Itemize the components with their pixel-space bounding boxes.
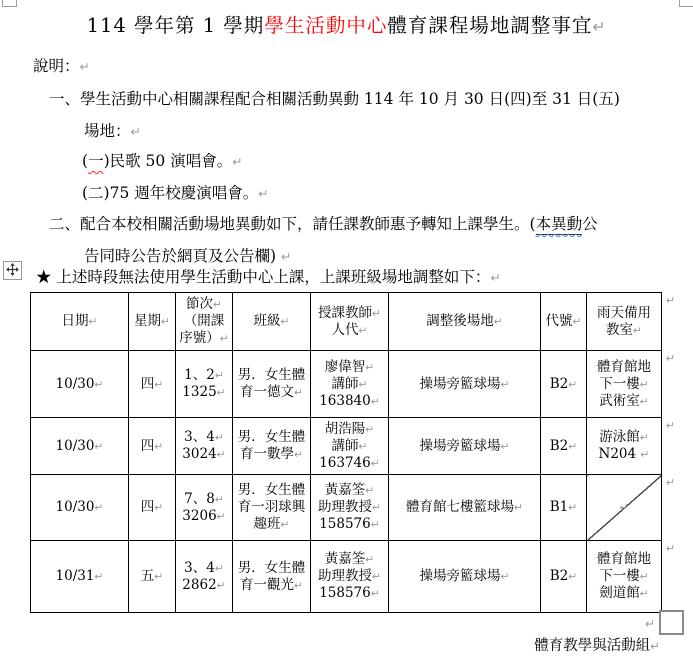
- table-cell: B2↵: [541, 351, 587, 418]
- paragraph-mark: ↵: [568, 378, 577, 391]
- paragraph-mark: ↵: [640, 395, 649, 408]
- paragraph-mark: ↵: [154, 378, 163, 391]
- cell-line: 教室↵: [589, 322, 659, 339]
- item2-line1: 二、配合本校相關活動場地異動如下，請任課教師惠予轉知上課學生。(本異動公: [49, 214, 598, 234]
- cell-line: 趣班↵: [235, 516, 308, 533]
- table-cell: 游泳館↵N204 ↵↵: [587, 418, 662, 475]
- paragraph-mark: ↵: [94, 570, 103, 583]
- cell-line: 代號↵: [543, 313, 584, 330]
- table-cell: 五↵: [129, 541, 176, 613]
- signature-unit: 體育教學與活動組↵: [0, 636, 660, 656]
- row-end-mark: ↵: [666, 419, 675, 432]
- cell-line: 班級↵: [235, 313, 308, 330]
- cell-line: 操場旁籃球場↵: [391, 376, 538, 393]
- row-end-mark: ↵: [666, 476, 675, 489]
- cell-line: 10/30↵: [33, 376, 126, 393]
- page-corner-fragment-right: [679, 0, 693, 7]
- table-cell: 體育館地下一樓↵武術室↵↵: [587, 351, 662, 418]
- paragraph-mark: ↵: [215, 493, 224, 506]
- table-body: 10/30↵四↵1、2↵1325↵男．女生體育一德文↵廖偉智↵講師↵163840…: [31, 351, 662, 613]
- table-cell: 胡浩陽↵講師↵163746↵: [311, 418, 389, 475]
- text-segment: 公: [582, 215, 598, 233]
- cell-line: 3024↵: [178, 446, 230, 463]
- text-segment: 一: [88, 152, 104, 170]
- text-segment: 體育課程場地調整事宜: [387, 14, 592, 37]
- cell-line: 育一德文↵: [235, 384, 308, 401]
- table-cell: 四↵: [129, 418, 176, 475]
- cell-line: N204 ↵: [589, 446, 659, 463]
- paragraph-mark: ↵: [365, 423, 374, 436]
- paragraph-mark: ↵: [154, 570, 163, 583]
- table-cell: 操場旁籃球場↵: [389, 418, 541, 475]
- paragraph-mark: ↵: [215, 431, 224, 444]
- table-row: 10/30↵四↵3、4↵3024↵男．女生體育一數學↵胡浩陽↵講師↵163746…: [31, 418, 662, 475]
- cell-line: 下一樓↵: [589, 568, 659, 585]
- paragraph-mark: ↵: [371, 518, 380, 531]
- cell-line: 星期↵: [131, 313, 173, 330]
- item1-sub2-anniversary-concert: (二)75 週年校慶演唱會。↵: [82, 183, 269, 204]
- paragraph-mark: ↵: [154, 501, 163, 514]
- paragraph-mark: ↵: [633, 324, 642, 337]
- paragraph-mark: ↵: [500, 440, 509, 453]
- cell-line: 育一觀光↵: [235, 577, 308, 594]
- paragraph-mark: ↵: [640, 587, 649, 600]
- cell-line: B2↵: [543, 568, 584, 585]
- text-segment: 本異動: [536, 215, 583, 235]
- table-cell: 男．女生體育一德文↵: [233, 351, 311, 418]
- text-segment: ↵: [592, 18, 606, 36]
- cell-line: 體育館地: [589, 551, 659, 568]
- paragraph-mark: ↵: [365, 361, 374, 374]
- text-segment: ↵: [258, 186, 268, 201]
- cell-line: 男．女生體: [235, 482, 308, 499]
- paragraph-mark: ↵: [500, 378, 509, 391]
- text-segment: )民歌 50 演唱會。: [104, 152, 233, 170]
- cell-line: B2↵: [543, 376, 584, 393]
- table-cell: 7、8↵3206↵: [176, 475, 233, 541]
- row-end-mark: ↵: [666, 294, 675, 307]
- row-end-mark: ↵: [666, 542, 675, 555]
- table-cell: 四↵: [129, 475, 176, 541]
- header-row: 日期↵星期↵節次↵（開課序號）↵班級↵授課教師↵人代↵調整後場地↵代號↵雨天備用…: [31, 293, 662, 351]
- cell-line: 四↵: [131, 499, 173, 516]
- move-arrows-icon: [6, 261, 19, 280]
- table-cell: 3、4↵2862↵: [176, 541, 233, 613]
- paragraph-mark: ↵: [514, 501, 523, 514]
- paragraph-mark: ↵: [568, 570, 577, 583]
- cell-line: 講師↵: [313, 438, 386, 455]
- text-segment: 二、配合本校相關活動場地異動如下，請任課教師惠予轉知上課學生。(: [49, 215, 536, 233]
- row-end-mark: ↵: [666, 352, 675, 365]
- paragraph-mark: ↵: [640, 431, 649, 444]
- table-cell: 操場旁籃球場↵: [389, 351, 541, 418]
- table-cell: 10/30↵: [31, 475, 129, 541]
- table-cell: 男．女生體育一觀光↵: [233, 541, 311, 613]
- text-segment: 說明：: [33, 57, 80, 75]
- item1-line1: 一、學生活動中心相關課程配合相關活動異動 114 年 10 月 30 日(四)至…: [49, 89, 620, 109]
- table-cell: 10/30↵: [31, 351, 129, 418]
- cell-line: 調整後場地↵: [391, 313, 538, 330]
- table-cell: 10/30↵: [31, 418, 129, 475]
- cell-line: 163746↵: [313, 455, 386, 472]
- table-cell: 男．女生體育一數學↵: [233, 418, 311, 475]
- cell-line: 黃嘉筌↵: [313, 551, 386, 568]
- item1-sub1-folk-concert: (一)民歌 50 演唱會。↵: [82, 151, 243, 172]
- cell-line: 劍道館↵: [589, 585, 659, 602]
- cell-line: 授課教師↵: [313, 305, 386, 322]
- header-cell: 雨天備用教室↵↵: [587, 293, 662, 351]
- table-cell: 黃嘉筌↵助理教授↵158576↵: [311, 475, 389, 541]
- table-cell: B1↵: [541, 475, 587, 541]
- table-header: 日期↵星期↵節次↵（開課序號）↵班級↵授課教師↵人代↵調整後場地↵代號↵雨天備用…: [31, 293, 662, 351]
- cell-line: 7、8↵: [178, 491, 230, 508]
- text-segment: 學生活動中心: [264, 14, 387, 37]
- cell-line: 體育館七樓籃球場↵: [391, 499, 538, 516]
- paragraph-mark: ↵: [371, 395, 380, 408]
- table-cell: 操場旁籃球場↵: [389, 541, 541, 613]
- table-cell: 四↵: [129, 351, 176, 418]
- paragraph-mark: ↵: [568, 440, 577, 453]
- cell-line: 10/31↵: [33, 568, 126, 585]
- cell-line: 五↵: [131, 568, 173, 585]
- header-cell: 節次↵（開課序號）↵: [176, 293, 233, 351]
- table-cell: ↵↵: [587, 475, 662, 541]
- cell-line: 武術室↵: [589, 393, 659, 410]
- header-cell: 調整後場地↵: [389, 293, 541, 351]
- cell-line: B2↵: [543, 438, 584, 455]
- paragraph-mark: ↵: [358, 324, 367, 337]
- table-cell: 廖偉智↵講師↵163840↵: [311, 351, 389, 418]
- cell-line: 3、4↵: [178, 560, 230, 577]
- cell-line: 節次↵: [178, 296, 230, 313]
- paragraph-mark: ↵: [371, 587, 380, 600]
- paragraph-mark: ↵: [213, 298, 222, 311]
- paragraph-mark: ↵: [365, 484, 374, 497]
- paragraph-mark-after-table: ↵: [645, 613, 655, 634]
- paragraph-mark: ↵: [294, 386, 303, 399]
- table-row: 10/31↵五↵3、4↵2862↵男．女生體育一觀光↵黃嘉筌↵助理教授↵1585…: [31, 541, 662, 613]
- table-cell: 男．女生體育一羽球興趣班↵: [233, 475, 311, 541]
- paragraph-mark: ↵: [280, 315, 289, 328]
- cell-line: 2862↵: [178, 577, 230, 594]
- text-segment: 114 學年第 1 學期: [87, 14, 265, 37]
- cell-line: 助理教授↵: [313, 568, 386, 585]
- table-cell: 體育館七樓籃球場↵: [389, 475, 541, 541]
- table-move-handle[interactable]: [3, 261, 22, 280]
- venue-adjustment-table: 日期↵星期↵節次↵（開課序號）↵班級↵授課教師↵人代↵調整後場地↵代號↵雨天備用…: [30, 292, 662, 613]
- cell-line: 操場旁籃球場↵: [391, 568, 538, 585]
- paragraph-mark: ↵: [371, 457, 380, 470]
- paragraph-mark: ↵: [217, 579, 226, 592]
- header-cell: 日期↵: [31, 293, 129, 351]
- cell-line: 操場旁籃球場↵: [391, 438, 538, 455]
- cell-line: 序號）↵: [178, 330, 230, 347]
- cell-line: 男．女生體: [235, 560, 308, 577]
- cell-line: 1、2↵: [178, 367, 230, 384]
- cell-line: 158576↵: [313, 516, 386, 533]
- cell-line: 四↵: [131, 376, 173, 393]
- paragraph-mark: ↵: [294, 448, 303, 461]
- paragraph-mark: ↵: [500, 570, 509, 583]
- text-segment: 告同時公告於網頁及公告欄): [84, 247, 281, 265]
- paragraph-mark: ↵: [215, 562, 224, 575]
- table-resize-handle[interactable]: [659, 610, 684, 635]
- text-segment: ↵: [232, 154, 242, 169]
- document-title: 114 學年第 1 學期學生活動中心體育課程場地調整事宜↵: [0, 16, 693, 37]
- cell-line: 育一羽球興: [235, 499, 308, 516]
- table-cell: B2↵: [541, 418, 587, 475]
- paragraph-mark: ↵: [161, 315, 170, 328]
- paragraph-mark: ↵: [640, 378, 649, 391]
- paragraph-mark: ↵: [294, 579, 303, 592]
- text-segment: 一、學生活動中心相關課程配合相關活動異動 114 年 10 月 30 日(四)至…: [49, 90, 620, 108]
- text-segment: 體育教學與活動組: [534, 638, 650, 654]
- text-segment: ↵: [490, 270, 500, 285]
- table-row: 10/30↵四↵7、8↵3206↵男．女生體育一羽球興趣班↵黃嘉筌↵助理教授↵1…: [31, 475, 662, 541]
- paragraph-mark: ↵: [217, 510, 226, 523]
- table-cell: 10/31↵: [31, 541, 129, 613]
- cell-line: 助理教授↵: [313, 499, 386, 516]
- paragraph-mark: ↵: [640, 448, 649, 461]
- paragraph-mark: ↵: [88, 315, 97, 328]
- paragraph-mark: ↵: [372, 570, 381, 583]
- table-cell: 1、2↵1325↵: [176, 351, 233, 418]
- cell-line: 育一數學↵: [235, 446, 308, 463]
- star-note-line: ★ 上述時段無法使用學生活動中心上課，上課班級場地調整如下：↵: [36, 267, 501, 288]
- paragraph-mark: ↵: [94, 440, 103, 453]
- item1-line2-venue-label: 場地：↵: [84, 121, 141, 142]
- paragraph-mark: ↵: [494, 315, 503, 328]
- paragraph-mark: ↵: [358, 440, 367, 453]
- cell-line: B1↵: [543, 499, 584, 516]
- cell-line: 雨天備用: [589, 305, 659, 322]
- paragraph-mark: ↵: [358, 378, 367, 391]
- text-segment: (二)75 週年校慶演唱會。: [82, 184, 258, 202]
- table-cell: 體育館地下一樓↵劍道館↵↵: [587, 541, 662, 613]
- cell-line: 人代↵: [313, 322, 386, 339]
- cell-line: 日期↵: [33, 313, 126, 330]
- table-cell: 3、4↵3024↵: [176, 418, 233, 475]
- paragraph-mark: ↵: [217, 448, 226, 461]
- cell-line: 黃嘉筌↵: [313, 482, 386, 499]
- cell-line: 3206↵: [178, 508, 230, 525]
- paragraph-mark: ↵: [372, 501, 381, 514]
- cell-line: 3、4↵: [178, 429, 230, 446]
- text-segment: ↵: [650, 639, 660, 653]
- header-cell: 代號↵: [541, 293, 587, 351]
- cell-line: 廖偉智↵: [313, 359, 386, 376]
- page-corner-fragment-left: [2, 0, 17, 7]
- cell-line: 158576↵: [313, 585, 386, 602]
- paragraph-mark: ↵: [94, 501, 103, 514]
- item2-line2: 告同時公告於網頁及公告欄) ↵: [84, 246, 291, 267]
- explanation-label: 說明：↵: [33, 56, 90, 77]
- text-segment: ↵: [80, 59, 90, 74]
- paragraph-mark: ↵: [217, 386, 226, 399]
- cell-line: （開課: [178, 313, 230, 330]
- paragraph-mark: ↵: [280, 518, 289, 531]
- table-row: 10/30↵四↵1、2↵1325↵男．女生體育一德文↵廖偉智↵講師↵163840…: [31, 351, 662, 418]
- cell-line: 男．女生體: [235, 429, 308, 446]
- text-segment: ↵: [281, 249, 291, 264]
- cell-line: 163840↵: [313, 393, 386, 410]
- cell-line: 講師↵: [313, 376, 386, 393]
- text-segment: ★ 上述時段無法使用學生活動中心上課，上課班級場地調整如下：: [36, 268, 490, 286]
- cell-line: 男．女生體: [235, 367, 308, 384]
- cell-line: ↵: [589, 499, 659, 516]
- header-cell: 授課教師↵人代↵: [311, 293, 389, 351]
- paragraph-mark: ↵: [372, 307, 381, 320]
- cell-line: 體育館地: [589, 359, 659, 376]
- cell-line: 胡浩陽↵: [313, 421, 386, 438]
- text-segment: ↵: [131, 124, 141, 139]
- paragraph-mark: ↵: [154, 440, 163, 453]
- text-segment: 場地：: [84, 122, 131, 140]
- cell-line: 下一樓↵: [589, 376, 659, 393]
- header-cell: 班級↵: [233, 293, 311, 351]
- table-cell: 黃嘉筌↵助理教授↵158576↵: [311, 541, 389, 613]
- paragraph-mark: ↵: [220, 332, 229, 345]
- header-cell: 星期↵: [129, 293, 176, 351]
- cell-line: 四↵: [131, 438, 173, 455]
- cell-line: 1325↵: [178, 384, 230, 401]
- text-segment: ↵: [645, 616, 655, 631]
- cell-line: 游泳館↵: [589, 429, 659, 446]
- paragraph-mark: ↵: [619, 501, 628, 514]
- paragraph-mark: ↵: [572, 315, 581, 328]
- table-cell: B2↵: [541, 541, 587, 613]
- cell-line: 10/30↵: [33, 438, 126, 455]
- paragraph-mark: ↵: [215, 369, 224, 382]
- paragraph-mark: ↵: [365, 553, 374, 566]
- paragraph-mark: ↵: [94, 378, 103, 391]
- cell-line: 10/30↵: [33, 499, 126, 516]
- paragraph-mark: ↵: [640, 570, 649, 583]
- paragraph-mark: ↵: [568, 501, 577, 514]
